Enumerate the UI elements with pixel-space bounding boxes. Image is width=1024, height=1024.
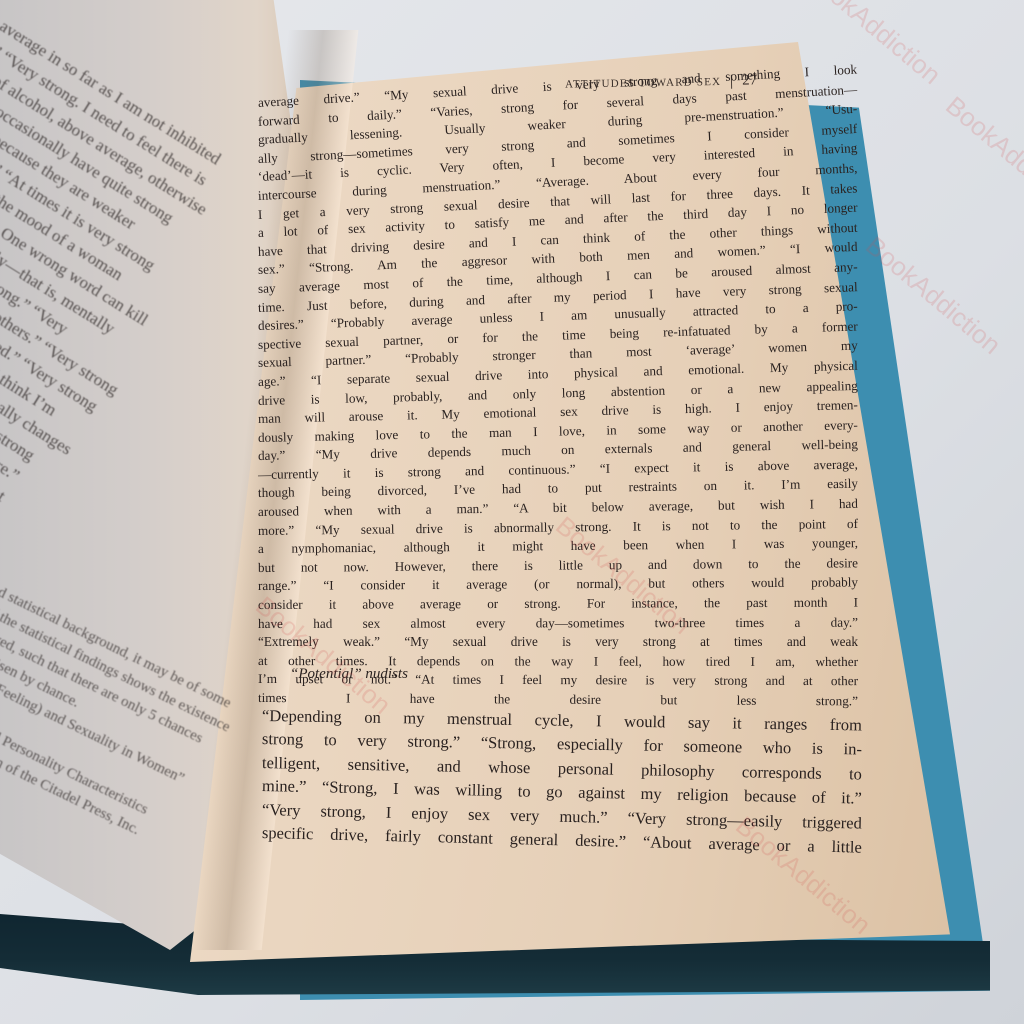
text-line: “Extremely weak.” “My sexual drive is ve… — [258, 633, 858, 652]
photo-scene: ATTITUDES TOWARD SEX27 average drive.” “… — [0, 0, 1024, 1024]
section-heading: “Potential” nudists — [290, 666, 408, 683]
watermark: BookAddiction — [939, 90, 1024, 221]
text-line: have had sex almost every day—sometimes … — [258, 613, 858, 633]
right-page-paragraph-1: average drive.” “My sexual drive is very… — [258, 94, 858, 708]
text-line: range.” “I consider it average (or norma… — [258, 574, 858, 596]
right-page-paragraph-2: “Depending on my menstrual cycle, I woul… — [262, 704, 862, 844]
text-line: consider it above average or strong. For… — [258, 594, 858, 615]
